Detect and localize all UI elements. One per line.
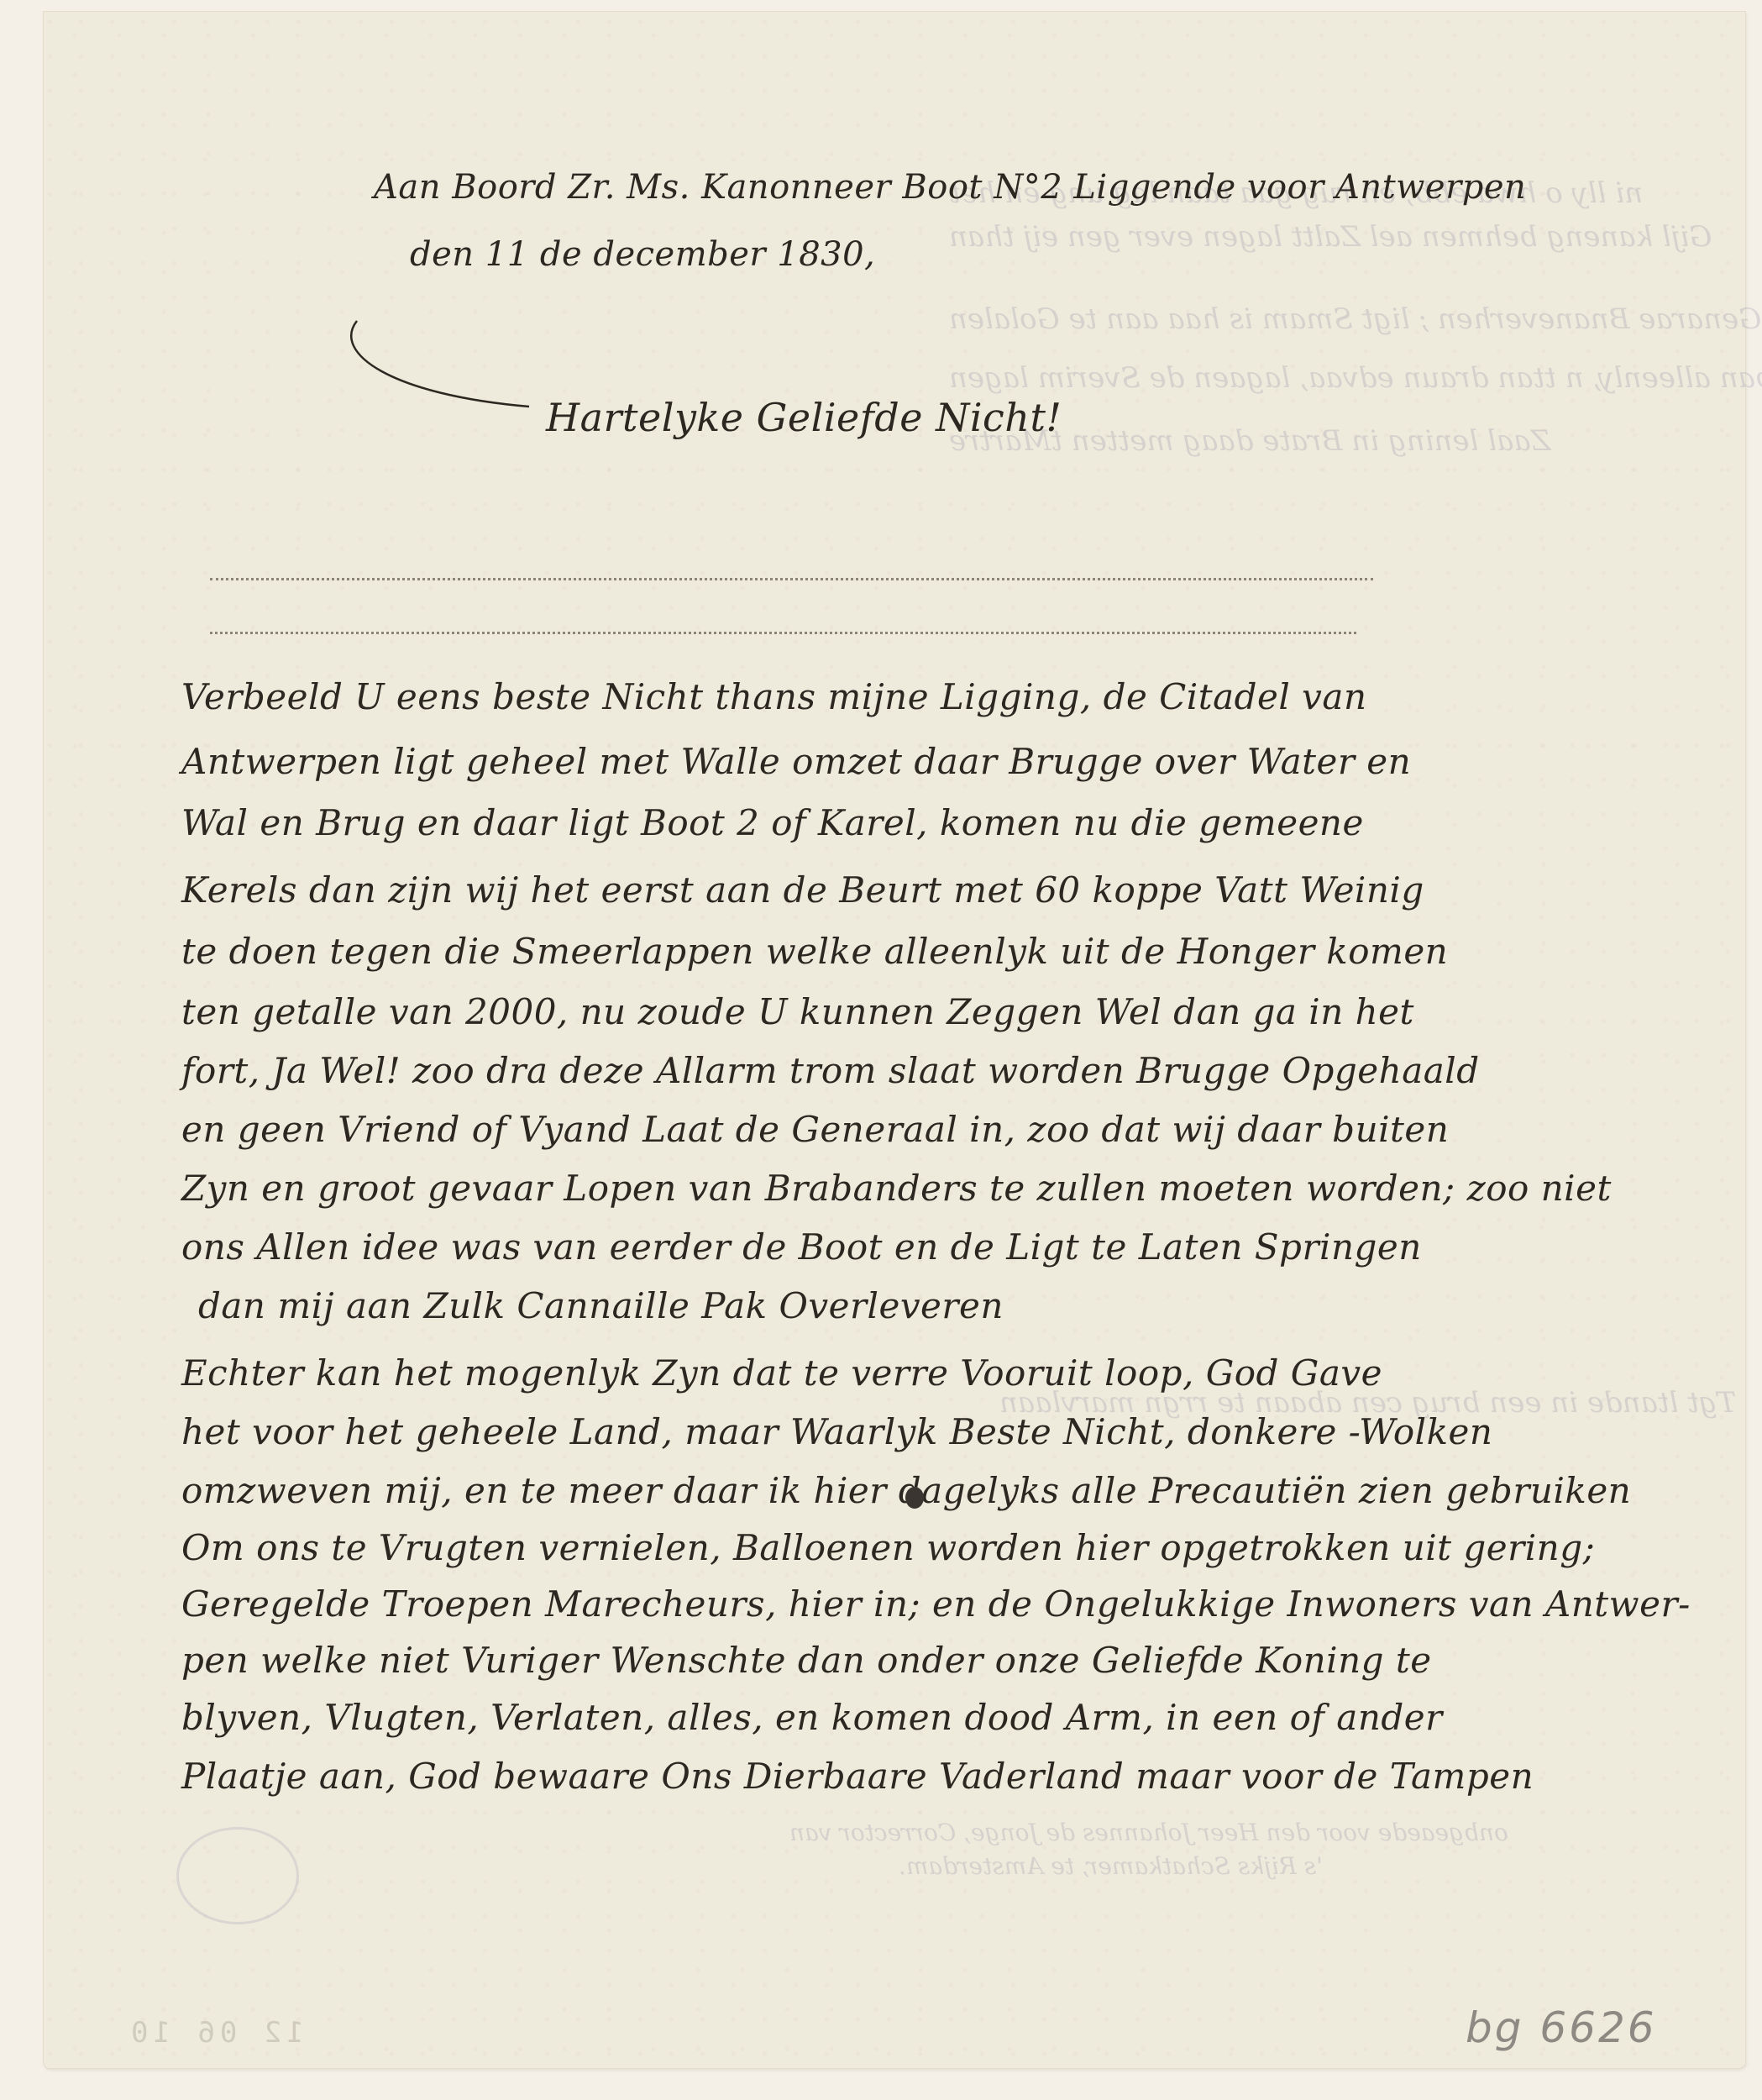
letter-salutation: Hartelyke Geliefde Nicht! xyxy=(546,395,1062,440)
dotted-rule xyxy=(210,632,1356,634)
faint-stamp-circle xyxy=(176,1827,299,1924)
letter-header-location: Aan Boord Zr. Ms. Kanonneer Boot N°2 Lig… xyxy=(374,168,1526,207)
pencil-catalog-annotation: bg 6626 xyxy=(1466,2003,1657,2052)
letter-body-line: te doen tegen die Smeerlappen welke alle… xyxy=(181,931,1441,972)
letter-body-line: ten getalle van 2000, nu zoude U kunnen … xyxy=(181,991,1441,1032)
letter-body-line: Geregelde Troepen Marecheurs, hier in; e… xyxy=(181,1583,1441,1625)
bleed-through-line: 's Rijks Schatkamer, te Amsterdam. xyxy=(899,1852,1323,1880)
letter-body-line: Plaatje aan, God bewaare Ons Dierbaare V… xyxy=(181,1756,1441,1797)
letter-body-line: Wal en Brug en daar ligt Boot 2 of Karel… xyxy=(181,802,1441,843)
bleed-through-line: lige n tte Genarae Bnaneverhen ; ligt Sm… xyxy=(949,302,1762,336)
letter-body-line: dan mij aan Zulk Cannaille Pak Overlever… xyxy=(198,1285,1458,1326)
letter-body-line: Kerels dan zijn wij het eerst aan de Beu… xyxy=(181,869,1441,911)
bleed-through-line: onbgeaede voor den Heer Johannes de Jong… xyxy=(789,1819,1508,1846)
letter-body-line: ons Allen idee was van eerder de Boot en… xyxy=(181,1226,1441,1268)
letter-body-line: Zyn en groot gevaar Lopen van Brabanders… xyxy=(181,1168,1441,1209)
letter-body-line: Antwerpen ligt geheel met Walle omzet da… xyxy=(181,741,1441,782)
letter-body-line: pen welke niet Vuriger Wenschte dan onde… xyxy=(181,1640,1441,1681)
letter-body-line: het voor het geheele Land, maar Waarlyk … xyxy=(181,1411,1441,1452)
letter-body-line: Echter kan het mogenlyk Zyn dat te verre… xyxy=(181,1352,1441,1394)
letter-header-date: den 11 de december 1830, xyxy=(410,235,875,274)
bleed-through-line: de ban alleenly, n ttan draun edvaa, lag… xyxy=(949,361,1762,395)
letter-body-line: omzweven mij, en te meer daar ik hier da… xyxy=(181,1470,1441,1511)
letter-body-line: Om ons te Vrugten vernielen, Balloenen w… xyxy=(181,1527,1441,1568)
dotted-rule xyxy=(210,578,1373,580)
letter-body-line: Verbeeld U eens beste Nicht thans mijne … xyxy=(181,676,1441,717)
bleed-through-line: Gijl kaneng behmen ael Zaltt lagen ever … xyxy=(949,220,1712,254)
letter-body-line: en geen Vriend of Vyand Laat de Generaal… xyxy=(181,1109,1441,1150)
letter-body-line: fort, Ja Wel! zoo dra deze Allarm trom s… xyxy=(181,1050,1441,1091)
letter-body-line: blyven, Vlugten, Verlaten, alles, en kom… xyxy=(181,1697,1441,1738)
faint-inventory-number: 12 06 10 xyxy=(126,2016,304,2050)
ink-blot xyxy=(905,1487,924,1509)
